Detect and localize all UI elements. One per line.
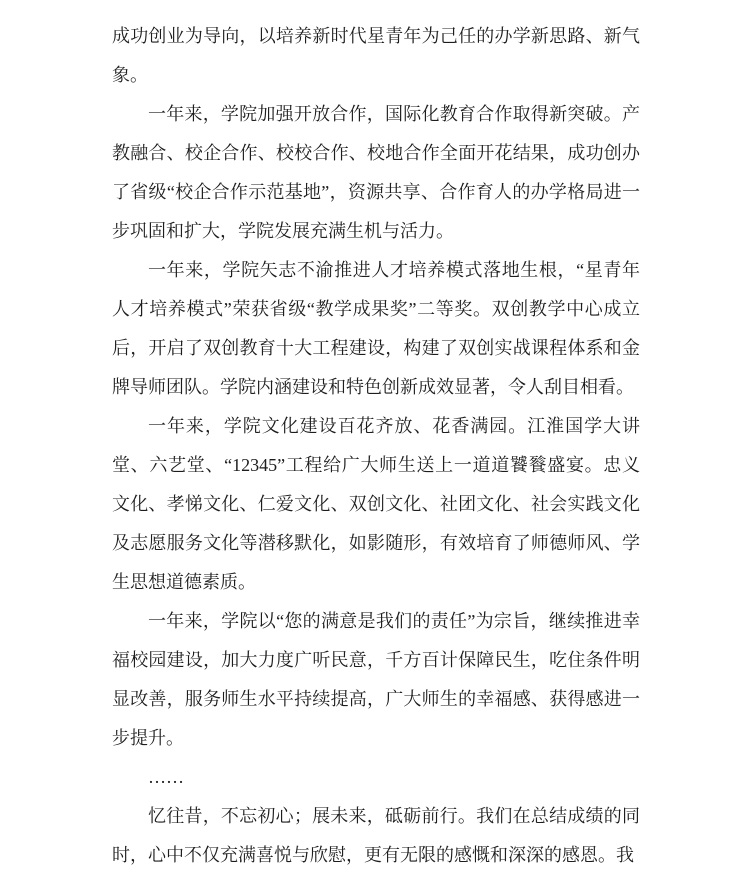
- paragraph: 一年来，学院加强开放合作，国际化教育合作取得新突破。产教融合、校企合作、校校合作…: [112, 95, 640, 251]
- paragraph: 一年来，学院文化建设百花齐放、花香满园。江淮国学大讲堂、六艺堂、“12345”工…: [112, 407, 640, 602]
- paragraph: 成功创业为导向，以培养新时代星青年为己任的办学新思路、新气象。: [112, 17, 640, 95]
- document-page: 成功创业为导向，以培养新时代星青年为己任的办学新思路、新气象。一年来，学院加强开…: [0, 0, 737, 891]
- paragraph: 一年来，学院以“您的满意是我们的责任”为宗旨，继续推进幸福校园建设，加大力度广听…: [112, 602, 640, 758]
- document-body: 成功创业为导向，以培养新时代星青年为己任的办学新思路、新气象。一年来，学院加强开…: [112, 17, 640, 875]
- paragraph: 一年来，学院矢志不渝推进人才培养模式落地生根，“星青年人才培养模式”荣获省级“教…: [112, 251, 640, 407]
- paragraph: ……: [112, 758, 640, 797]
- paragraph: 忆往昔，不忘初心；展未来，砥砺前行。我们在总结成绩的同时，心中不仅充满喜悦与欣慰…: [112, 797, 640, 875]
